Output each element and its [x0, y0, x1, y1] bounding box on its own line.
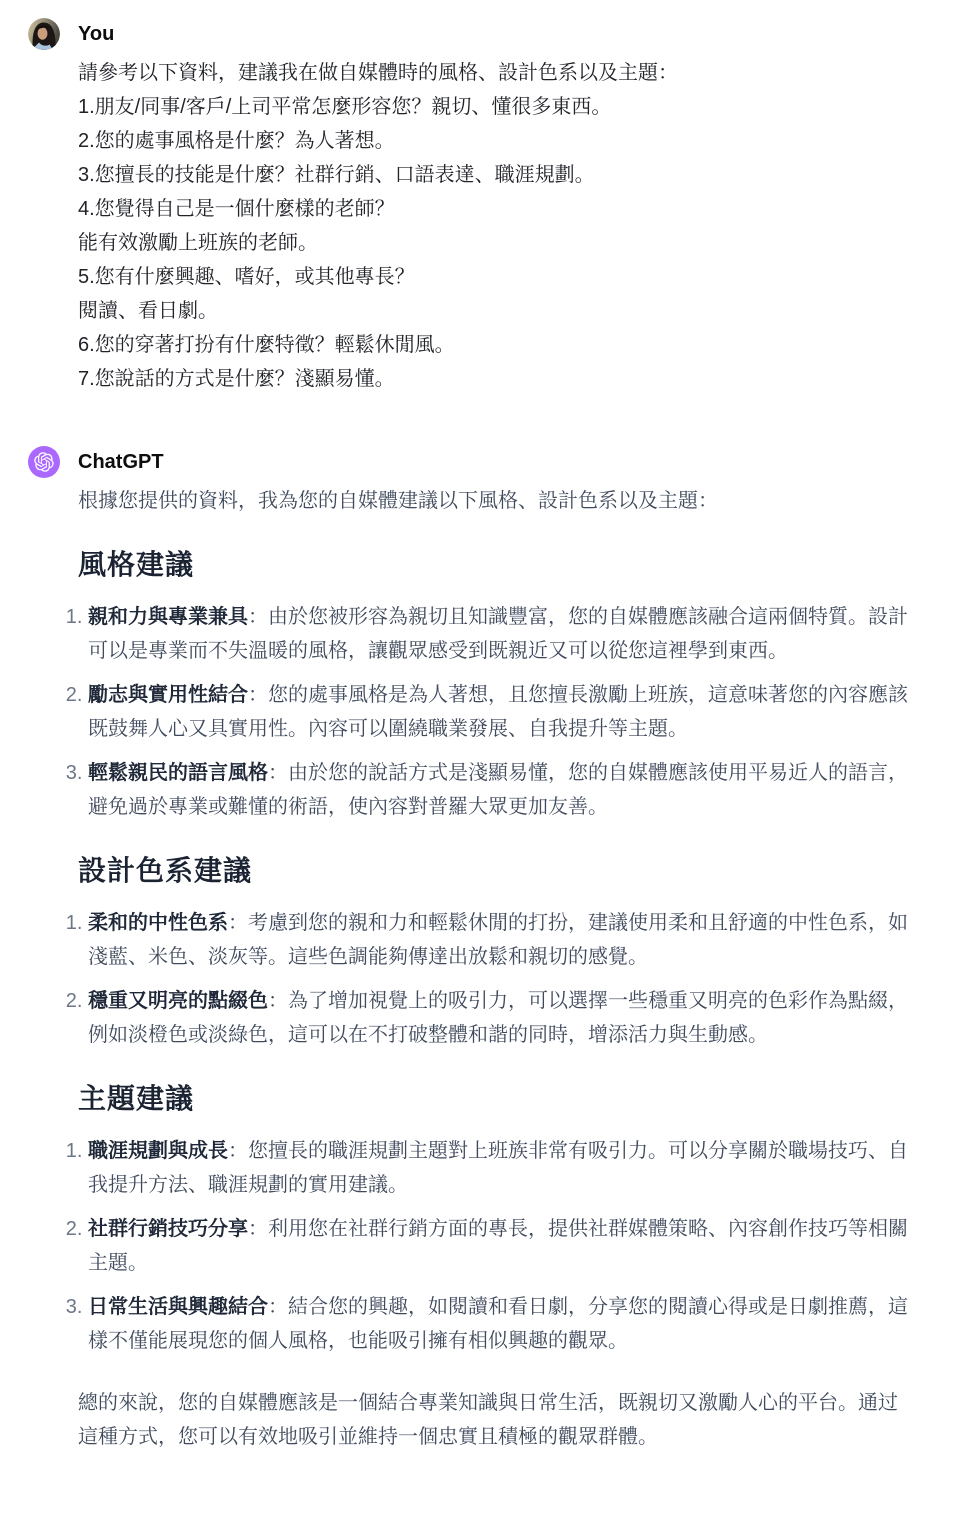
list-item-title: 勵志與實用性結合: [88, 684, 248, 706]
list-item-title: 職涯規劃與成長: [88, 1140, 228, 1162]
user-message-line: 4.您覺得自己是一個什麼樣的老師？: [78, 192, 910, 226]
list-item: 穩重又明亮的點綴色：為了增加視覺上的吸引力，可以選擇一些穩重又明亮的色彩作為點綴…: [88, 984, 910, 1052]
section-heading: 設計色系建議: [78, 852, 910, 890]
response-section: 風格建議 親和力與專業兼具：由於您被形容為親切且知識豐富，您的自媒體應該融合這兩…: [78, 546, 910, 824]
list-item: 親和力與專業兼具：由於您被形容為親切且知識豐富，您的自媒體應該融合這兩個特質。設…: [88, 600, 910, 668]
list-item: 輕鬆親民的語言風格：由於您的說話方式是淺顯易懂，您的自媒體應該使用平易近人的語言…: [88, 756, 910, 824]
assistant-intro: 根據您提供的資料，我為您的自媒體建議以下風格、設計色系以及主題：: [78, 484, 910, 518]
list-item: 職涯規劃與成長：您擅長的職涯規劃主題對上班族非常有吸引力。可以分享關於職場技巧、…: [88, 1134, 910, 1202]
section-list: 柔和的中性色系：考慮到您的親和力和輕鬆休閒的打扮，建議使用柔和且舒適的中性色系，…: [78, 906, 910, 1052]
chatgpt-avatar: [28, 446, 60, 478]
assistant-name: ChatGPT: [78, 446, 910, 478]
list-item-title: 社群行銷技巧分享: [88, 1218, 248, 1240]
user-message-line: 5.您有什麼興趣、嗜好，或其他專長？: [78, 260, 910, 294]
assistant-sections: 風格建議 親和力與專業兼具：由於您被形容為親切且知識豐富，您的自媒體應該融合這兩…: [78, 546, 910, 1358]
user-avatar: [28, 18, 60, 50]
user-message-line: 6.您的穿著打扮有什麼特徵？輕鬆休閒風。: [78, 328, 910, 362]
assistant-closing: 總的來說，您的自媒體應該是一個結合專業知識與日常生活，既親切又激勵人心的平台。通…: [78, 1386, 910, 1454]
user-message-line: 2.您的處事風格是什麼？為人著想。: [78, 124, 910, 158]
section-list: 職涯規劃與成長：您擅長的職涯規劃主題對上班族非常有吸引力。可以分享關於職場技巧、…: [78, 1134, 910, 1358]
list-item-title: 穩重又明亮的點綴色: [88, 990, 268, 1012]
user-message: You 請參考以下資料，建議我在做自媒體時的風格、設計色系以及主題： 1.朋友/…: [28, 18, 910, 396]
list-item: 柔和的中性色系：考慮到您的親和力和輕鬆休閒的打扮，建議使用柔和且舒適的中性色系，…: [88, 906, 910, 974]
response-section: 設計色系建議 柔和的中性色系：考慮到您的親和力和輕鬆休閒的打扮，建議使用柔和且舒…: [78, 852, 910, 1052]
conversation: You 請參考以下資料，建議我在做自媒體時的風格、設計色系以及主題： 1.朋友/…: [0, 0, 980, 1474]
list-item-title: 輕鬆親民的語言風格: [88, 762, 268, 784]
user-message-line: 能有效激勵上班族的老師。: [78, 226, 910, 260]
list-item: 日常生活與興趣結合：結合您的興趣，如閱讀和看日劇，分享您的閱讀心得或是日劇推薦，…: [88, 1290, 910, 1358]
section-list: 親和力與專業兼具：由於您被形容為親切且知識豐富，您的自媒體應該融合這兩個特質。設…: [78, 600, 910, 824]
user-message-line: 7.您說話的方式是什麼？淺顯易懂。: [78, 362, 910, 396]
user-message-line: 3.您擅長的技能是什麼？社群行銷、口語表達、職涯規劃。: [78, 158, 910, 192]
response-section: 主題建議 職涯規劃與成長：您擅長的職涯規劃主題對上班族非常有吸引力。可以分享關於…: [78, 1080, 910, 1358]
user-message-line: 請參考以下資料，建議我在做自媒體時的風格、設計色系以及主題：: [78, 56, 910, 90]
user-message-line: 1.朋友/同事/客戶/上司平常怎麼形容您？親切、懂很多東西。: [78, 90, 910, 124]
list-item: 勵志與實用性結合：您的處事風格是為人著想，且您擅長激勵上班族，這意味著您的內容應…: [88, 678, 910, 746]
list-item: 社群行銷技巧分享：利用您在社群行銷方面的專長，提供社群媒體策略、內容創作技巧等相…: [88, 1212, 910, 1280]
section-heading: 主題建議: [78, 1080, 910, 1118]
user-profile-photo-icon: [28, 18, 60, 50]
list-item-title: 柔和的中性色系: [88, 912, 228, 934]
assistant-message: ChatGPT 根據您提供的資料，我為您的自媒體建議以下風格、設計色系以及主題：…: [28, 446, 910, 1454]
openai-logo-icon: [34, 452, 54, 472]
user-message-text: 請參考以下資料，建議我在做自媒體時的風格、設計色系以及主題： 1.朋友/同事/客…: [78, 56, 910, 396]
section-heading: 風格建議: [78, 546, 910, 584]
user-name: You: [78, 18, 910, 50]
list-item-title: 日常生活與興趣結合: [88, 1296, 268, 1318]
list-item-title: 親和力與專業兼具: [88, 606, 248, 628]
user-message-line: 閱讀、看日劇。: [78, 294, 910, 328]
